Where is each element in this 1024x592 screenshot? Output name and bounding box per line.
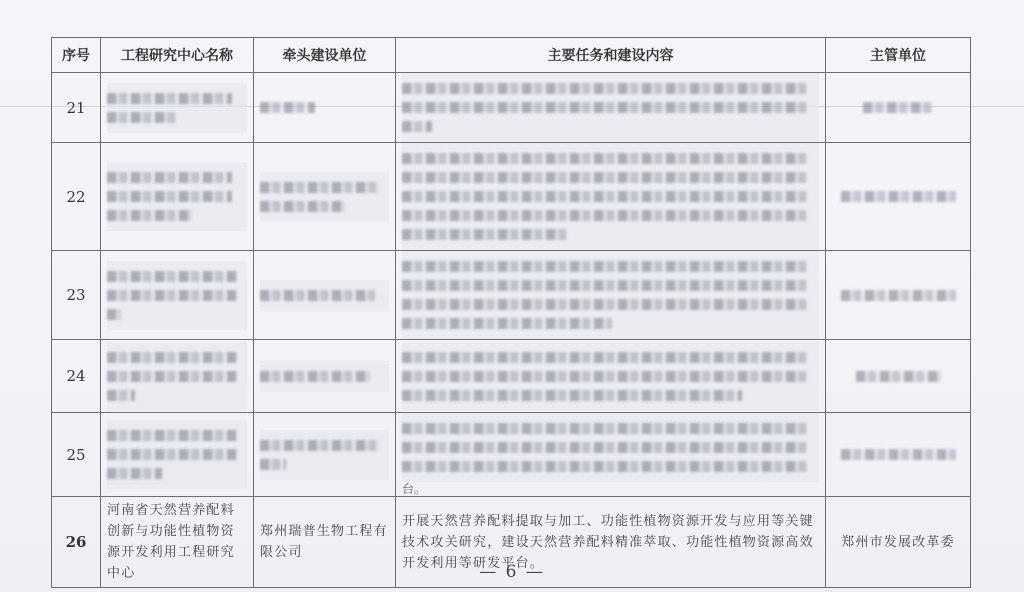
redacted-center-name — [101, 143, 254, 251]
redacted-tasks — [396, 340, 826, 413]
table-row: 24 — [52, 340, 971, 413]
redacted-center-name — [101, 340, 254, 413]
redacted-center-name — [101, 413, 254, 497]
lead-unit: 郑州瑞普生物工程有限公司 — [254, 519, 395, 565]
table-row: 22 — [52, 143, 971, 251]
redacted-lead-unit — [254, 413, 396, 497]
table-row: 23 — [52, 251, 971, 340]
redacted-tasks — [396, 251, 826, 340]
header-lead-unit: 牵头建设单位 — [254, 38, 396, 73]
table-row: 21 — [52, 73, 971, 143]
row-seq: 22 — [52, 143, 101, 251]
page-number: — 6 — — [0, 562, 1024, 582]
table-header-row: 序号 工程研究中心名称 牵头建设单位 主要任务和建设内容 主管单位 — [52, 38, 971, 73]
redacted-center-name — [101, 251, 254, 340]
redacted-tasks: 台。 — [396, 413, 826, 497]
redacted-center-name — [101, 73, 254, 143]
admin-unit: 郑州市发展改革委 — [826, 530, 970, 555]
redacted-admin-unit — [826, 73, 971, 143]
redacted-admin-unit — [826, 340, 971, 413]
redacted-lead-unit — [254, 143, 396, 251]
header-seq: 序号 — [52, 38, 101, 73]
tasks-tail-text: 台。 — [396, 482, 825, 496]
header-tasks: 主要任务和建设内容 — [396, 38, 826, 73]
redacted-lead-unit — [254, 251, 396, 340]
redacted-admin-unit — [826, 251, 971, 340]
header-center-name: 工程研究中心名称 — [101, 38, 254, 73]
engineering-center-table: 序号 工程研究中心名称 牵头建设单位 主要任务和建设内容 主管单位 21 — [51, 37, 971, 588]
header-admin-unit: 主管单位 — [826, 38, 971, 73]
redacted-admin-unit — [826, 143, 971, 251]
redacted-lead-unit — [254, 73, 396, 143]
row-seq: 24 — [52, 340, 101, 413]
row-seq: 23 — [52, 251, 101, 340]
redacted-lead-unit — [254, 340, 396, 413]
row-seq: 21 — [52, 73, 101, 143]
redacted-tasks — [396, 73, 826, 143]
document-page: 序号 工程研究中心名称 牵头建设单位 主要任务和建设内容 主管单位 21 — [0, 0, 1024, 592]
redacted-tasks — [396, 143, 826, 251]
table-row: 25 台。 — [52, 413, 971, 497]
row-seq: 25 — [52, 413, 101, 497]
redacted-admin-unit — [826, 413, 971, 497]
